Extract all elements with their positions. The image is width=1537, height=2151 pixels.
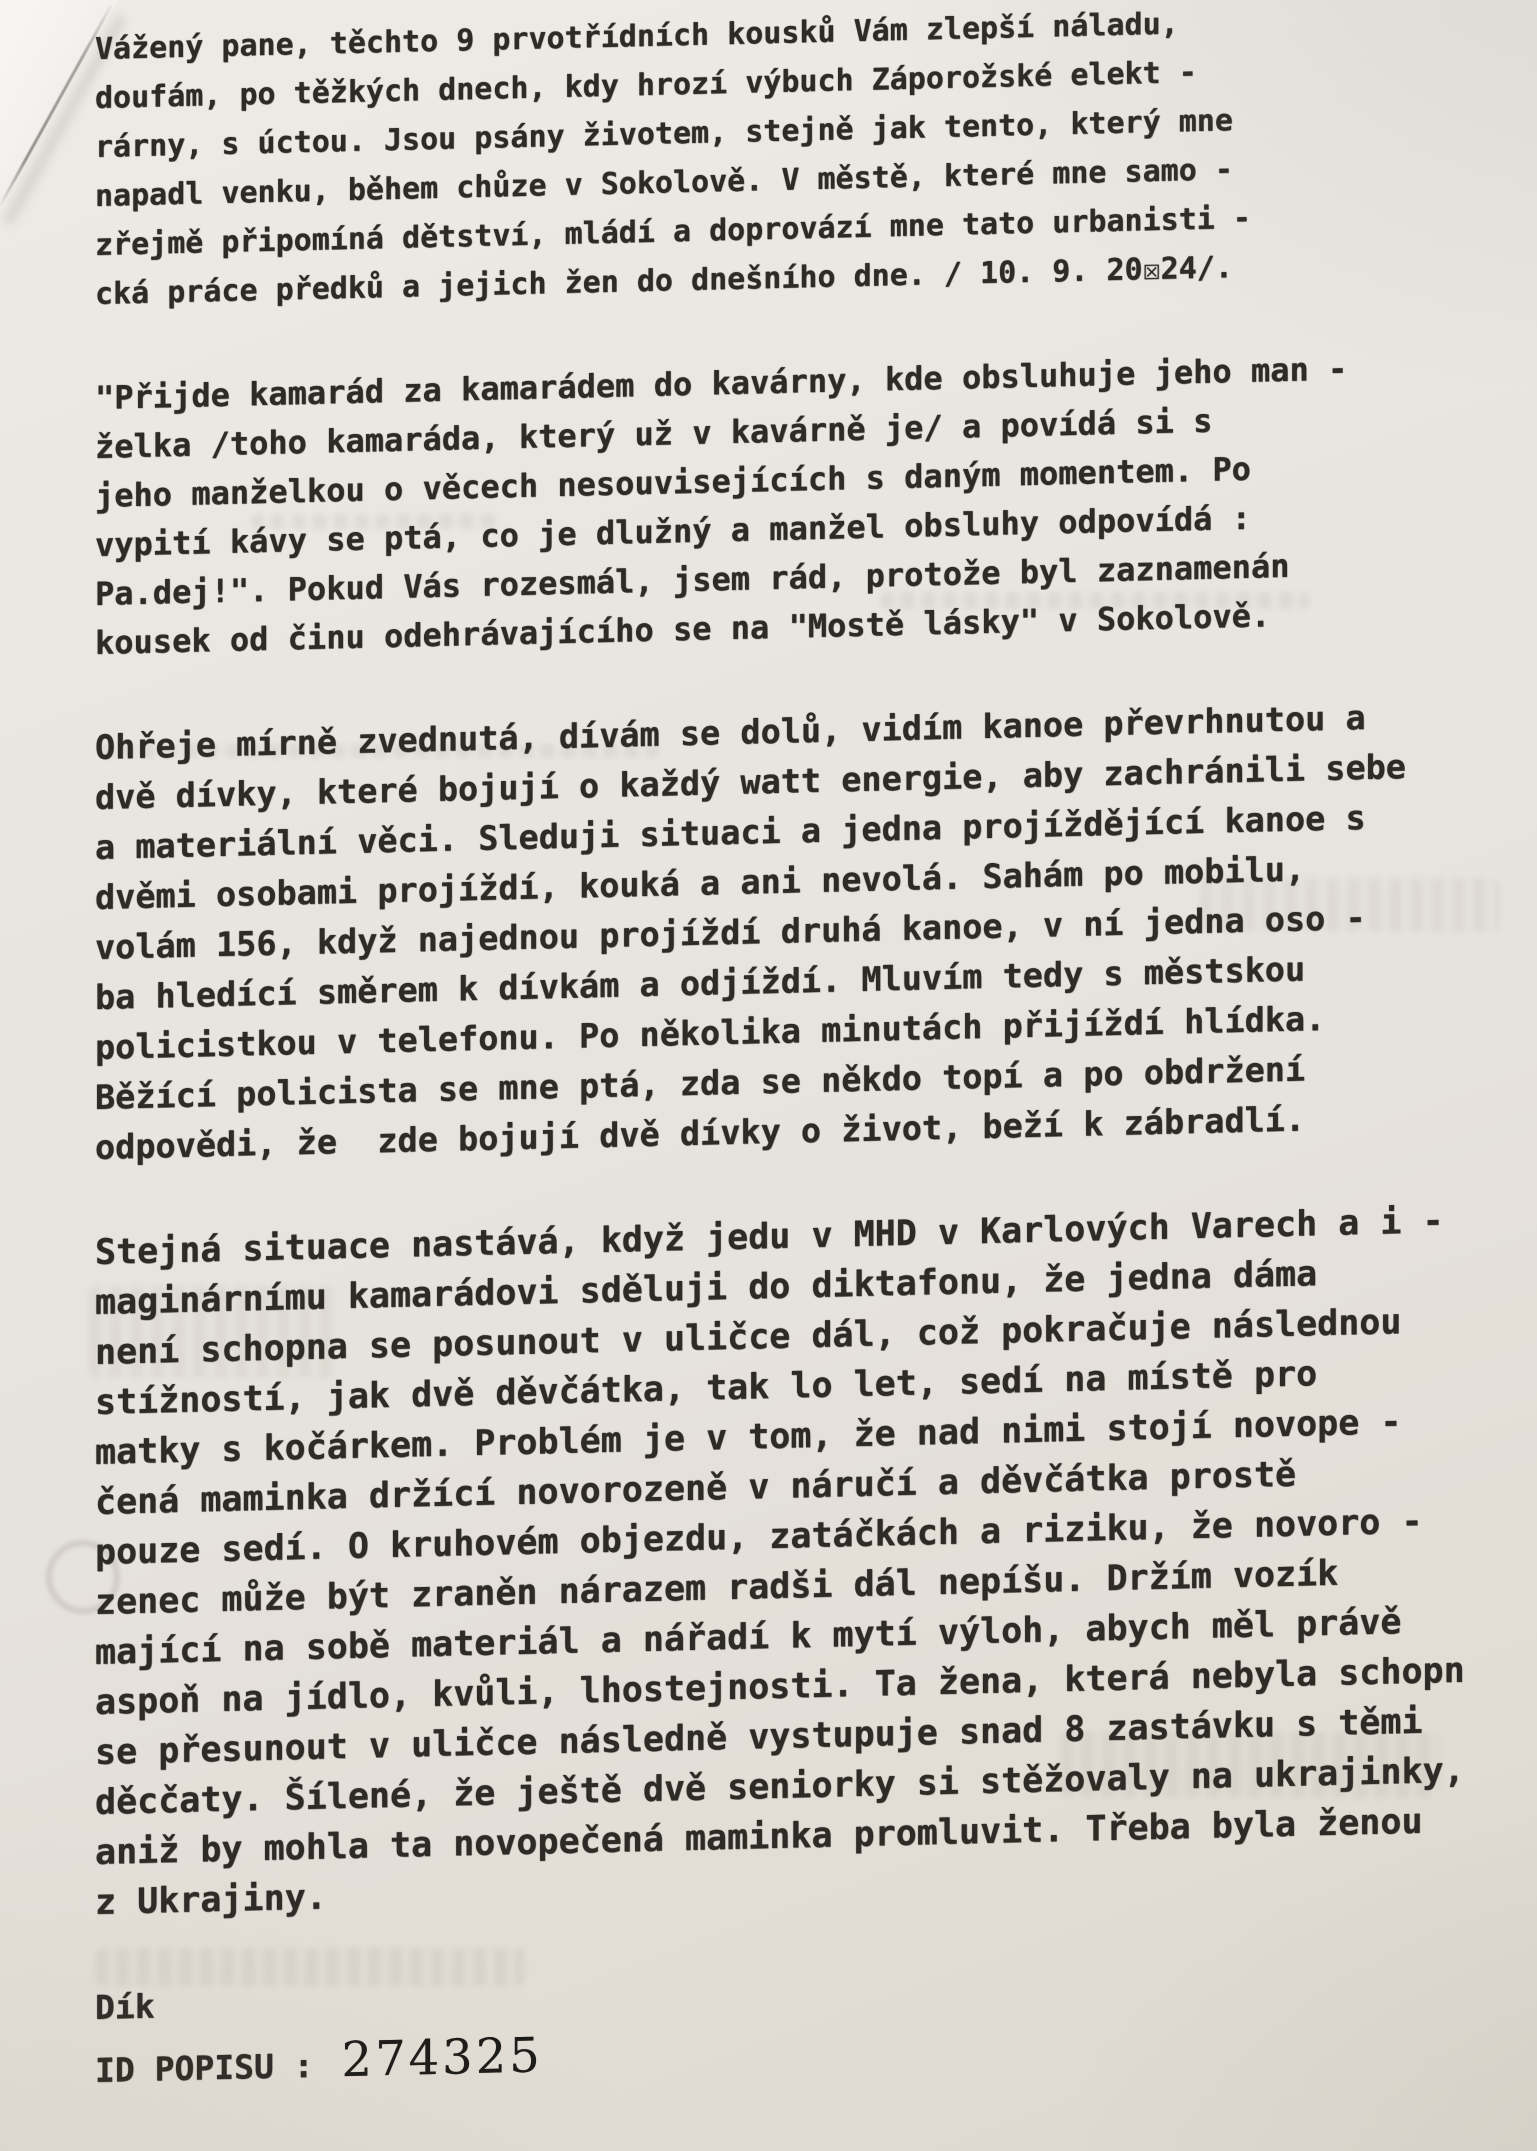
paragraph: Stejná situace nastává, když jedu v MHD …	[95, 1195, 1507, 1928]
typewritten-text: Vážený pane, těchto 9 prvotřídních kousk…	[95, 0, 1507, 2097]
id-popisu-value: 274325	[342, 2029, 543, 2086]
id-popisu-label: ID POPISU :	[95, 2040, 314, 2097]
paragraph: "Přijde kamarád za kamarádem do kavárny,…	[95, 341, 1507, 668]
paragraph: Vážený pane, těchto 9 prvotřídních kousk…	[95, 0, 1507, 319]
paragraph: Ohřeje mírně zvednutá, dívám se dolů, vi…	[95, 690, 1507, 1173]
paragraphs-container: Vážený pane, těchto 9 prvotřídních kousk…	[95, 0, 1507, 2032]
document-page: Vážený pane, těchto 9 prvotřídních kousk…	[0, 0, 1537, 2151]
